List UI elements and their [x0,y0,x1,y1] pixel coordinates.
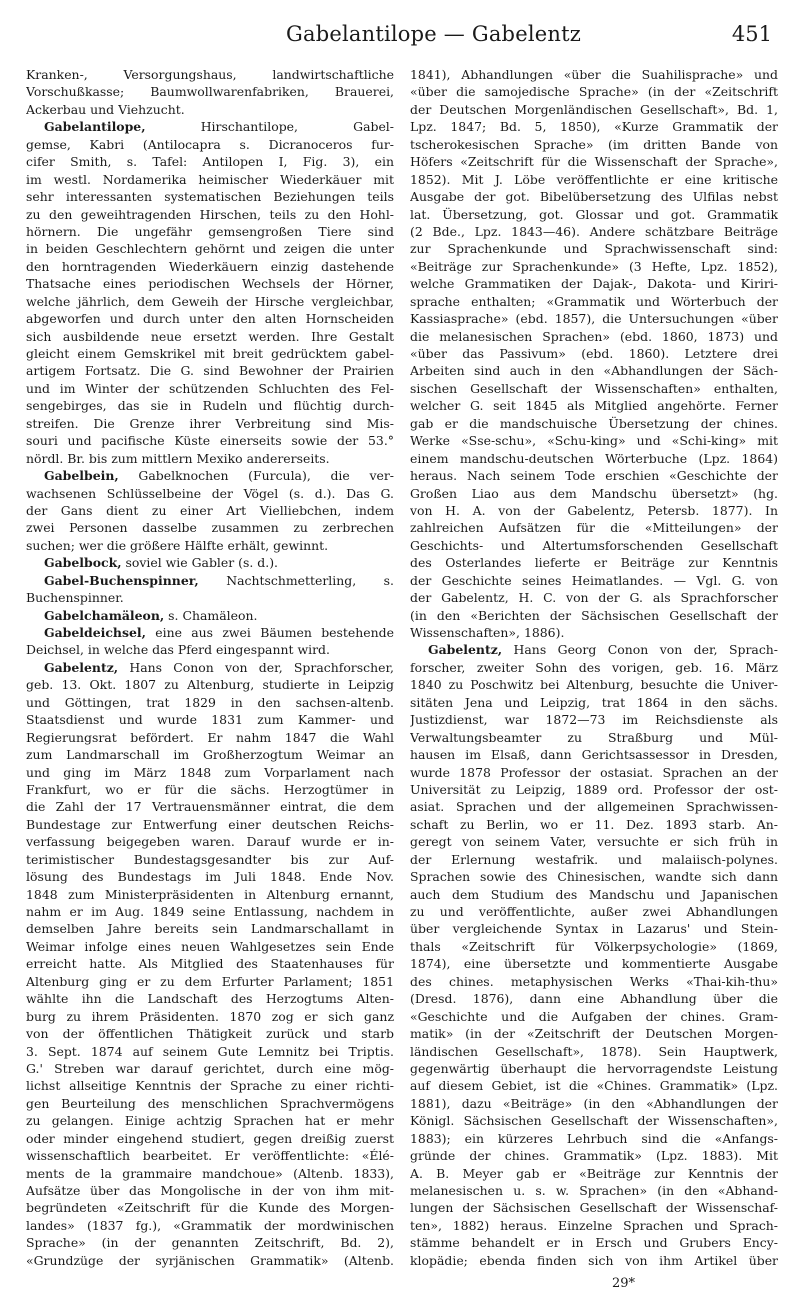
text-line: lösung des Bundestags im Juli 1848. Ende… [26,868,394,885]
text-line: wählte ihn die Landschaft des Herzogtums… [26,990,394,1007]
text-line: tscherokesischen Sprache» (im dritten Ba… [410,136,778,153]
text-line: sitäten Jena und Leipzig, trat 1864 in d… [410,694,778,711]
line-text: wählte ihn die Landschaft des Herzogtums… [26,991,394,1006]
line-text: wurde 1878 Professor der ostasiat. Sprac… [410,765,778,780]
line-text: A. B. Meyer gab er «Beiträge zur Kenntni… [410,1166,778,1181]
text-line: Vorschußkasse; Baumwollwarenfabriken, Br… [26,83,394,100]
line-text: sengebirges, das sie in Rudeln und flüch… [26,398,394,413]
text-line: nördl. Br. bis zum mittlern Mexiko ander… [26,450,394,467]
text-line: asiat. Sprachen und der allgemeinen Spra… [410,798,778,815]
text-line: welche Grammatiken der Dajak-, Dakota- u… [410,275,778,292]
text-line: sich ausbildende neue ersetzt werden. Ih… [26,328,394,345]
text-line: zwei Personen dasselbe zusammen zu zerbr… [26,519,394,536]
line-text: 1852). Mit J. Löbe veröffentlichte er ei… [410,172,778,187]
page-number: 451 [732,22,772,46]
text-line: G.' Streben war darauf gerichtet, durch … [26,1060,394,1077]
line-text: nahm er im Aug. 1849 seine Entlassung, n… [26,904,394,919]
headword: Gabelentz, [44,660,118,675]
text-line: 1852). Mit J. Löbe veröffentlichte er ei… [410,171,778,188]
line-text: sitäten Jena und Leipzig, trat 1864 in d… [410,695,778,710]
text-line: (Dresd. 1876), dann eine Abhandlung über… [410,990,778,1007]
line-text: cifer Smith, s. Tafel: Antilopen I, Fig.… [26,154,394,169]
line-text: 1881), dazu «Beiträge» (in den «Abhandlu… [410,1096,778,1111]
text-line: und im Winter der schützenden Schluchten… [26,380,394,397]
text-line: artigem Fortsatz. Die G. sind Bewohner d… [26,362,394,379]
line-text: von der öffentlichen Thätigkeit zurück u… [26,1026,394,1041]
headword: Gabelbock, [44,555,122,570]
text-line: klopädie; ebenda finden sich von ihm Art… [410,1252,778,1269]
text-line: von H. A. von der Gabelentz, Petersb. 18… [410,502,778,519]
headword: Gabel-Buchenspinner, [44,573,199,588]
text-line: gemse, Kabri (Antilocapra s. Dicranocero… [26,136,394,153]
line-text: zu und veröffentlichte, außer zwei Abhan… [410,904,778,919]
text-line: lichst allseitige Kenntnis der Sprache z… [26,1077,394,1094]
line-text: Justizdienst, war 1872—73 im Reichsdiens… [410,712,778,727]
text-line: sprache enthalten; «Grammatik und Wörter… [410,293,778,310]
line-text: Hans Conon von der, Sprachforscher, [118,660,394,675]
line-text: gegenwärtig überhaupt die hervorragendst… [410,1061,778,1076]
line-text: 1840 zu Poschwitz bei Altenburg, besucht… [410,677,778,692]
text-line: Kranken-, Versorgungshaus, landwirtschaf… [26,66,394,83]
text-line: der Deutschen Morgenländischen Gesellsch… [410,101,778,118]
text-line: des Osterlandes lieferte er Beiträge zur… [410,554,778,571]
text-line: «Beiträge zur Sprachenkunde» (3 Hefte, L… [410,258,778,275]
line-text: demselben Jahre bereits sein Landmarscha… [26,921,394,936]
line-text: forscher, zweiter Sohn des vorigen, geb.… [410,660,778,675]
text-line: cifer Smith, s. Tafel: Antilopen I, Fig.… [26,153,394,170]
text-line: «über das Passivum» (ebd. 1860). Letzter… [410,345,778,362]
text-line: Ausgabe der got. Bibelübersetzung des Ul… [410,188,778,205]
line-text: Kassiasprache» (ebd. 1857), die Untersuc… [410,311,778,326]
text-line: zu den geweihtragenden Hirschen, teils z… [26,206,394,223]
text-line: zur Sprachenkunde und Sprachwissenschaft… [410,240,778,257]
line-text: des Osterlandes lieferte er Beiträge zur… [410,555,778,570]
text-line: gründe der chines. Grammatik» (Lpz. 1883… [410,1147,778,1164]
text-line: Arbeiten sind auch in den «Abhandlungen … [410,362,778,379]
text-line: hausen im Elsaß, dann Gerichtsassessor i… [410,746,778,763]
line-text: Werke «Sse-schu», «Schu-king» und «Schi-… [410,433,778,448]
text-line: terimistischer Bundestagsgesandter bis z… [26,851,394,868]
text-line: heraus. Nach seinem Tode erschien «Gesch… [410,467,778,484]
line-text: 1883); ein kürzeres Lehrbuch sind die «A… [410,1131,778,1146]
line-text: landes» (1837 fg.), «Grammatik der mordw… [26,1218,394,1233]
text-line: 1881), dazu «Beiträge» (in den «Abhandlu… [410,1095,778,1112]
line-text: verfassung beigegeben waren. Darauf wurd… [26,834,394,849]
line-text: Bundestage zur Entwerfung einer deutsche… [26,817,394,832]
line-text: lichst allseitige Kenntnis der Sprache z… [26,1078,394,1093]
text-line: wissenschaftlich bearbeitet. Er veröffen… [26,1147,394,1164]
text-line: thals «Zeitschrift für Völkerpsychologie… [410,938,778,955]
line-text: 3. Sept. 1874 auf seinem Gute Lemnitz be… [26,1044,394,1059]
entry-line: Gabelbein, Gabelknochen (Furcula), die v… [26,467,394,484]
line-text: zwei Personen dasselbe zusammen zu zerbr… [26,520,394,535]
text-line: «Grundzüge der syrjänischen Grammatik» (… [26,1252,394,1269]
entry-line: Gabeldeichsel, eine aus zwei Bäumen best… [26,624,394,641]
text-line: der Gabelentz, H. C. von der G. als Spra… [410,589,778,606]
line-text: «über die samojedische Sprache» (in der … [410,84,778,99]
line-text: tscherokesischen Sprache» (im dritten Ba… [410,137,778,152]
line-text: sich ausbildende neue ersetzt werden. Ih… [26,329,394,344]
text-line: ten», 1882) heraus. Einzelne Sprachen un… [410,1217,778,1234]
text-line: Justizdienst, war 1872—73 im Reichsdiens… [410,711,778,728]
line-text: Ausgabe der got. Bibelübersetzung des Ul… [410,189,778,204]
entry-line: Gabelentz, Hans Georg Conon von der, Spr… [410,641,778,658]
text-line: zahlreichen Aufsätzen für die «Mitteilun… [410,519,778,536]
line-text: nördl. Br. bis zum mittlern Mexiko ander… [26,451,330,466]
text-line: (2 Bde., Lpz. 1843—46). Andere schätzbar… [410,223,778,240]
line-text: welcher G. seit 1845 als Mitglied angehö… [410,398,778,413]
line-text: begründeten «Zeitschrift für die Kunde d… [26,1200,394,1215]
text-line: Regierungsrat befördert. Er nahm 1847 di… [26,729,394,746]
line-text: sehr interessanten systematischen Bezieh… [26,189,394,204]
text-line: burg zu ihrem Präsidenten. 1870 zog er s… [26,1008,394,1025]
line-text: streifen. Die Grenze ihrer Verbreitung s… [26,416,394,431]
line-text: von H. A. von der Gabelentz, Petersb. 18… [410,503,778,518]
line-text: gen Beurteilung des menschlichen Sprachv… [26,1096,394,1111]
line-text: zu den geweihtragenden Hirschen, teils z… [26,207,394,222]
text-line: streifen. Die Grenze ihrer Verbreitung s… [26,415,394,432]
line-text: Lpz. 1847; Bd. 5, 1850), «Kurze Grammati… [410,119,778,134]
text-line: einem mandschu-deutschen Wörterbuche (Lp… [410,450,778,467]
text-line: der Geschichte seines Heimatlandes. — Vg… [410,572,778,589]
line-text: der Deutschen Morgenländischen Gesellsch… [410,102,778,117]
text-line: im westl. Nordamerika heimischer Wiederk… [26,171,394,188]
entry-line: Gabelchamäleon, s. Chamäleon. [26,607,394,624]
text-line: auf diesem Gebiet, ist die «Chines. Gram… [410,1077,778,1094]
text-line: verfassung beigegeben waren. Darauf wurd… [26,833,394,850]
line-text: heraus. Nach seinem Tode erschien «Gesch… [410,468,778,483]
text-line: über vergleichende Syntax in Lazarus' un… [410,920,778,937]
line-text: Universität zu Leipzig, 1889 ord. Profes… [410,782,778,797]
line-text: Thatsache eines periodischen Wechsels de… [26,276,394,291]
line-text: in beiden Geschlechtern gehörnt und zeig… [26,241,394,256]
text-line: geb. 13. Okt. 1807 zu Altenburg, studier… [26,676,394,693]
text-line: Bundestage zur Entwerfung einer deutsche… [26,816,394,833]
text-line: Geschichts- und Altertumsforschenden Ges… [410,537,778,554]
line-text: artigem Fortsatz. Die G. sind Bewohner d… [26,363,394,378]
text-line: «über die samojedische Sprache» (in der … [410,83,778,100]
line-text: Königl. Sächsischen Gesellschaft der Wis… [410,1113,778,1128]
text-line: Aufsätze über das Mongolische in der von… [26,1182,394,1199]
line-text: «Beiträge zur Sprachenkunde» (3 Hefte, L… [410,259,778,274]
text-line: sehr interessanten systematischen Bezieh… [26,188,394,205]
line-text: den horntragenden Wiederkäuern einzig da… [26,259,394,274]
line-text: gab er die mandschuische Übersetzung der… [410,416,778,431]
text-line: A. B. Meyer gab er «Beiträge zur Kenntni… [410,1165,778,1182]
text-line: nahm er im Aug. 1849 seine Entlassung, n… [26,903,394,920]
text-line: des chines. metaphysischen Werks «Thai-k… [410,973,778,990]
text-line: forscher, zweiter Sohn des vorigen, geb.… [410,659,778,676]
line-text: hausen im Elsaß, dann Gerichtsassessor i… [410,747,778,762]
text-line: 3. Sept. 1874 auf seinem Gute Lemnitz be… [26,1043,394,1060]
line-text: Aufsätze über das Mongolische in der von… [26,1183,394,1198]
line-text: hörnern. Die ungefähr gemsengroßen Tiere… [26,224,394,239]
text-line: zu und veröffentlichte, außer zwei Abhan… [410,903,778,920]
text-line: Thatsache eines periodischen Wechsels de… [26,275,394,292]
text-line: auch dem Studium des Mandschu und Japani… [410,886,778,903]
page-header: Gabelantilope — Gabelentz 451 [0,22,800,56]
line-text: gleicht einem Gemskrikel mit breit gedrü… [26,346,394,361]
text-line: matik» (in der «Zeitschrift der Deutsche… [410,1025,778,1042]
text-line: geregt von seinem Vater, versuchte er si… [410,833,778,850]
line-text: zum Landmarschall im Großherzogtum Weima… [26,747,394,762]
line-text: Wissenschaften», 1886). [410,625,564,640]
text-line: schaft zu Berlin, wo er 11. Dez. 1893 st… [410,816,778,833]
line-text: Ackerbau und Viehzucht. [26,102,185,117]
line-text: geregt von seinem Vater, versuchte er si… [410,834,778,849]
line-text: matik» (in der «Zeitschrift der Deutsche… [410,1026,778,1041]
line-text: der Gans dient zu einer Art Vielliebchen… [26,503,394,518]
text-line: begründeten «Zeitschrift für die Kunde d… [26,1199,394,1216]
line-text: im westl. Nordamerika heimischer Wiederk… [26,172,394,187]
line-text: burg zu ihrem Präsidenten. 1870 zog er s… [26,1009,394,1024]
text-line: Sprachen sowie des Chinesischen, wandte … [410,868,778,885]
text-line: Verwaltungsbeamter zu Straßburg und Mül- [410,729,778,746]
text-line: stämme behandelt er in Ersch und Grubers… [410,1234,778,1251]
text-line: oder minder eingehend studiert, gegen dr… [26,1130,394,1147]
line-text: (2 Bde., Lpz. 1843—46). Andere schätzbar… [410,224,778,239]
line-text: abgeworfen und durch unter den alten Hor… [26,311,394,326]
line-text: Geschichts- und Altertumsforschenden Ges… [410,538,778,553]
text-line: 1883); ein kürzeres Lehrbuch sind die «A… [410,1130,778,1147]
line-text: die melanesischen Sprachen» (ebd. 1860, … [410,329,778,344]
line-text: welche jährlich, dem Geweih der Hirsche … [26,294,394,309]
line-text: ten», 1882) heraus. Einzelne Sprachen un… [410,1218,778,1233]
line-text: und Göttingen, trat 1829 in den sachsen-… [26,695,394,710]
text-line: souri und pacifische Küste einerseits so… [26,432,394,449]
text-line: Universität zu Leipzig, 1889 ord. Profes… [410,781,778,798]
text-line: Buchenspinner. [26,589,394,606]
text-line: Werke «Sse-schu», «Schu-king» und «Schi-… [410,432,778,449]
line-text: und im Winter der schützenden Schluchten… [26,381,394,396]
line-text: auch dem Studium des Mandschu und Japani… [410,887,778,902]
line-text: des chines. metaphysischen Werks «Thai-k… [410,974,778,989]
text-line: melanesischen u. s. w. Sprachen» (in den… [410,1182,778,1199]
line-text: terimistischer Bundestagsgesandter bis z… [26,852,394,867]
entry-line: Gabelantilope, Hirschantilope, Gabel- [26,118,394,135]
text-line: wurde 1878 Professor der ostasiat. Sprac… [410,764,778,781]
line-text: Weimar infolge eines neuen Wahlgesetzes … [26,939,394,954]
text-line: zum Landmarschall im Großherzogtum Weima… [26,746,394,763]
headword: Gabelantilope, [44,119,146,134]
line-text: Hans Georg Conon von der, Sprach- [502,642,778,657]
line-text: G.' Streben war darauf gerichtet, durch … [26,1061,394,1076]
line-text: souri und pacifische Küste einerseits so… [26,433,394,448]
line-text: einem mandschu-deutschen Wörterbuche (Lp… [410,451,778,466]
line-text: der Erlernung westafrik. und malaiisch-p… [410,852,778,867]
headword: Gabelbein, [44,468,119,483]
entry-line: Gabelbock, soviel wie Gabler (s. d.). [26,554,394,571]
headword: Gabeldeichsel, [44,625,146,640]
text-line: wachsenen Schlüsselbeine der Vögel (s. d… [26,485,394,502]
text-line: gegenwärtig überhaupt die hervorragendst… [410,1060,778,1077]
text-line: gen Beurteilung des menschlichen Sprachv… [26,1095,394,1112]
left-column: Kranken-, Versorgungshaus, landwirtschaf… [26,66,394,1269]
text-line: Deichsel, in welche das Pferd eingespann… [26,641,394,658]
text-line: Weimar infolge eines neuen Wahlgesetzes … [26,938,394,955]
line-text: über vergleichende Syntax in Lazarus' un… [410,921,778,936]
text-line: sischen Gesellschaft der Wissenschaften»… [410,380,778,397]
line-text: «über das Passivum» (ebd. 1860). Letzter… [410,346,778,361]
text-line: der Gans dient zu einer Art Vielliebchen… [26,502,394,519]
line-text: die Zahl der 17 Vertrauensmänner eintrat… [26,799,394,814]
text-line: 1841), Abhandlungen «über die Suahilispr… [410,66,778,83]
line-text: schaft zu Berlin, wo er 11. Dez. 1893 st… [410,817,778,832]
text-line: welche jährlich, dem Geweih der Hirsche … [26,293,394,310]
line-text: suchen; wer die größere Hälfte erhält, g… [26,538,328,553]
line-text: der Geschichte seines Heimatlandes. — Vg… [410,573,778,588]
line-text: Arbeiten sind auch in den «Abhandlungen … [410,363,778,378]
line-text: Nachtschmetterling, s. [199,573,394,588]
line-text: Vorschußkasse; Baumwollwarenfabriken, Br… [26,84,394,99]
line-text: Regierungsrat befördert. Er nahm 1847 di… [26,730,394,745]
line-text: und ging im März 1848 zum Vorparlament n… [26,765,394,780]
line-text: Sprache» (in der genannten Zeitschrift, … [26,1235,394,1250]
entry-line: Gabel-Buchenspinner, Nachtschmetterling,… [26,572,394,589]
text-line: abgeworfen und durch unter den alten Hor… [26,310,394,327]
text-line: 1840 zu Poschwitz bei Altenburg, besucht… [410,676,778,693]
line-text: sprache enthalten; «Grammatik und Wörter… [410,294,778,309]
line-text: Frankfurt, wo er für die sächs. Herzogtü… [26,782,394,797]
text-line: den horntragenden Wiederkäuern einzig da… [26,258,394,275]
line-text: klopädie; ebenda finden sich von ihm Art… [410,1253,778,1268]
line-text: wissenschaftlich bearbeitet. Er veröffen… [26,1148,394,1163]
right-column: 1841), Abhandlungen «über die Suahilispr… [410,66,778,1269]
line-text: lat. Übersetzung, got. Glossar und got. … [410,207,778,222]
line-text: der Gabelentz, H. C. von der G. als Spra… [410,590,778,605]
line-text: auf diesem Gebiet, ist die «Chines. Gram… [410,1078,778,1093]
text-line: Lpz. 1847; Bd. 5, 1850), «Kurze Grammati… [410,118,778,135]
text-line: Sprache» (in der genannten Zeitschrift, … [26,1234,394,1251]
text-line: Königl. Sächsischen Gesellschaft der Wis… [410,1112,778,1129]
line-text: Altenburg ging er zu dem Erfurter Parlam… [26,974,394,989]
text-line: Staatsdienst und wurde 1831 zum Kammer- … [26,711,394,728]
line-text: soviel wie Gabler (s. d.). [122,555,278,570]
line-text: s. Chamäleon. [164,608,257,623]
text-line: landes» (1837 fg.), «Grammatik der mordw… [26,1217,394,1234]
signature-mark: 29* [612,1276,635,1291]
text-line: «Geschichte und die Aufgaben der chines.… [410,1008,778,1025]
line-text: Verwaltungsbeamter zu Straßburg und Mül- [410,730,778,745]
line-text: (in den «Berichten der Sächsischen Gesel… [410,608,778,623]
line-text: ländischen Gesellschaft», 1878). Sein Ha… [410,1044,778,1059]
line-text: Buchenspinner. [26,590,124,605]
text-line: und ging im März 1848 zum Vorparlament n… [26,764,394,781]
text-line: (in den «Berichten der Sächsischen Gesel… [410,607,778,624]
text-line: Höfers «Zeitschrift für die Wissenschaft… [410,153,778,170]
text-line: welcher G. seit 1845 als Mitglied angehö… [410,397,778,414]
text-line: die melanesischen Sprachen» (ebd. 1860, … [410,328,778,345]
line-text: 1848 zum Ministerpräsidenten in Altenbur… [26,887,394,902]
line-text: geb. 13. Okt. 1807 zu Altenburg, studier… [26,677,394,692]
line-text: lungen der Sächsischen Gesellschaft der … [410,1200,778,1215]
line-text: 1874), eine übersetzte und kommentierte … [410,956,778,971]
line-text: gemse, Kabri (Antilocapra s. Dicranocero… [26,137,394,152]
text-line: zu gelangen. Einige achtzig Sprachen hat… [26,1112,394,1129]
text-line: sengebirges, das sie in Rudeln und flüch… [26,397,394,414]
line-text: (Dresd. 1876), dann eine Abhandlung über… [410,991,778,1006]
line-text: welche Grammatiken der Dajak-, Dakota- u… [410,276,778,291]
text-line: ments de la grammaire mandchoue» (Altenb… [26,1165,394,1182]
line-text: Großen Liao aus dem Mandschu übersetzt» … [410,486,778,501]
line-text: stämme behandelt er in Ersch und Grubers… [410,1235,778,1250]
line-text: Höfers «Zeitschrift für die Wissenschaft… [410,154,778,169]
text-line: hörnern. Die ungefähr gemsengroßen Tiere… [26,223,394,240]
text-line: lungen der Sächsischen Gesellschaft der … [410,1199,778,1216]
text-line: ländischen Gesellschaft», 1878). Sein Ha… [410,1043,778,1060]
line-text: «Grundzüge der syrjänischen Grammatik» (… [26,1253,394,1268]
line-text: gründe der chines. Grammatik» (Lpz. 1883… [410,1148,778,1163]
line-text: Kranken-, Versorgungshaus, landwirtschaf… [26,67,394,82]
entry-line: Gabelentz, Hans Conon von der, Sprachfor… [26,659,394,676]
line-text: erreicht hatte. Als Mitglied des Staaten… [26,956,394,971]
text-line: Altenburg ging er zu dem Erfurter Parlam… [26,973,394,990]
text-line: in beiden Geschlechtern gehörnt und zeig… [26,240,394,257]
text-line: suchen; wer die größere Hälfte erhält, g… [26,537,394,554]
line-text: Sprachen sowie des Chinesischen, wandte … [410,869,778,884]
line-text: thals «Zeitschrift für Völkerpsychologie… [410,939,778,954]
text-line: Wissenschaften», 1886). [410,624,778,641]
line-text: ments de la grammaire mandchoue» (Altenb… [26,1166,394,1181]
line-text: asiat. Sprachen und der allgemeinen Spra… [410,799,778,814]
text-line: der Erlernung westafrik. und malaiisch-p… [410,851,778,868]
line-text: zu gelangen. Einige achtzig Sprachen hat… [26,1113,394,1128]
line-text: «Geschichte und die Aufgaben der chines.… [410,1009,778,1024]
line-text: Staatsdienst und wurde 1831 zum Kammer- … [26,712,394,727]
line-text: melanesischen u. s. w. Sprachen» (in den… [410,1183,778,1198]
line-text: Gabelknochen (Furcula), die ver- [119,468,394,483]
text-line: die Zahl der 17 Vertrauensmänner eintrat… [26,798,394,815]
line-text: zahlreichen Aufsätzen für die «Mitteilun… [410,520,778,535]
text-line: lat. Übersetzung, got. Glossar und got. … [410,206,778,223]
headword: Gabelentz, [428,642,502,657]
text-line: 1848 zum Ministerpräsidenten in Altenbur… [26,886,394,903]
text-line: von der öffentlichen Thätigkeit zurück u… [26,1025,394,1042]
text-line: Großen Liao aus dem Mandschu übersetzt» … [410,485,778,502]
running-head: Gabelantilope — Gabelentz [286,22,581,46]
text-line: Kassiasprache» (ebd. 1857), die Untersuc… [410,310,778,327]
line-text: wachsenen Schlüsselbeine der Vögel (s. d… [26,486,394,501]
text-line: und Göttingen, trat 1829 in den sachsen-… [26,694,394,711]
line-text: Deichsel, in welche das Pferd eingespann… [26,642,330,657]
line-text: lösung des Bundestags im Juli 1848. Ende… [26,869,394,884]
line-text: eine aus zwei Bäumen bestehende [146,625,394,640]
text-line: 1874), eine übersetzte und kommentierte … [410,955,778,972]
text-line: Frankfurt, wo er für die sächs. Herzogtü… [26,781,394,798]
headword: Gabelchamäleon, [44,608,164,623]
text-line: gleicht einem Gemskrikel mit breit gedrü… [26,345,394,362]
text-line: demselben Jahre bereits sein Landmarscha… [26,920,394,937]
line-text: sischen Gesellschaft der Wissenschaften»… [410,381,778,396]
line-text: zur Sprachenkunde und Sprachwissenschaft… [410,241,778,256]
text-line: Ackerbau und Viehzucht. [26,101,394,118]
line-text: Hirschantilope, Gabel- [146,119,394,134]
line-text: 1841), Abhandlungen «über die Suahilispr… [410,67,778,82]
line-text: oder minder eingehend studiert, gegen dr… [26,1131,394,1146]
text-line: erreicht hatte. Als Mitglied des Staaten… [26,955,394,972]
text-line: gab er die mandschuische Übersetzung der… [410,415,778,432]
